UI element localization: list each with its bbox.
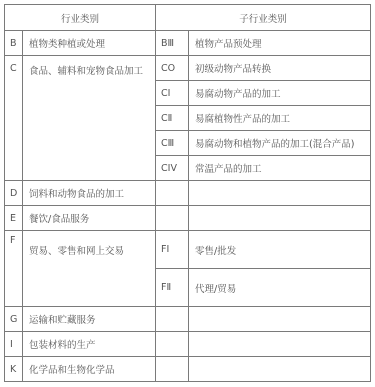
category-name: 饲料和动物食品的加工 — [23, 181, 156, 206]
table-row: F 贸易、零售和网上交易 FI 零售/批发 — [5, 231, 371, 269]
sub-category-code — [156, 206, 189, 231]
sub-category-name — [189, 206, 371, 231]
category-name: 植物类种植或处理 — [23, 31, 156, 56]
sub-category-name: 植物产品预处理 — [189, 31, 371, 56]
sub-category-name — [189, 332, 371, 357]
category-name: 包装材料的生产 — [23, 332, 156, 357]
sub-category-code: FI — [156, 231, 189, 269]
industry-category-table: 行业类别 子行业类别 B 植物类种植或处理 BⅢ 植物产品预处理 C 食品、辅料… — [4, 4, 371, 382]
category-code: C — [5, 56, 23, 181]
sub-category-code — [156, 181, 189, 206]
table-row: B 植物类种植或处理 BⅢ 植物产品预处理 — [5, 31, 371, 56]
table-row: K 化学品和生物化学品 — [5, 357, 371, 382]
sub-category-code — [156, 332, 189, 357]
table-row: C 食品、辅料和宠物食品加工 CO 初级动物产品转换 — [5, 56, 371, 81]
sub-category-name: 零售/批发 — [189, 231, 371, 269]
sub-category-name: 易腐植物性产品的加工 — [189, 106, 371, 131]
sub-category-name: 常温产品的加工 — [189, 156, 371, 181]
sub-category-code: FⅡ — [156, 269, 189, 307]
category-code: F — [5, 231, 23, 307]
sub-category-name — [189, 307, 371, 332]
category-name: 贸易、零售和网上交易 — [23, 231, 156, 307]
sub-category-name — [189, 181, 371, 206]
category-name: 化学品和生物化学品 — [23, 357, 156, 382]
sub-category-code — [156, 307, 189, 332]
sub-category-name: 代理/贸易 — [189, 269, 371, 307]
category-code: B — [5, 31, 23, 56]
sub-category-name: 易腐动物和植物产品的加工(混合产品) — [189, 131, 371, 156]
sub-category-code: CⅡ — [156, 106, 189, 131]
table-row: I 包装材料的生产 — [5, 332, 371, 357]
category-name: 餐饮/食品服务 — [23, 206, 156, 231]
sub-category-code: CI — [156, 81, 189, 106]
sub-category-name: 初级动物产品转换 — [189, 56, 371, 81]
table-row: D 饲料和动物食品的加工 — [5, 181, 371, 206]
sub-category-code: CO — [156, 56, 189, 81]
sub-category-code: CⅢ — [156, 131, 189, 156]
sub-category-name — [189, 357, 371, 382]
header-sub-industry-category: 子行业类别 — [156, 5, 371, 31]
category-code: D — [5, 181, 23, 206]
table-row: G 运输和贮藏服务 — [5, 307, 371, 332]
sub-category-code: BⅢ — [156, 31, 189, 56]
sub-category-code: CIV — [156, 156, 189, 181]
table-row: E 餐饮/食品服务 — [5, 206, 371, 231]
category-name: 食品、辅料和宠物食品加工 — [23, 56, 156, 181]
category-code: K — [5, 357, 23, 382]
header-row: 行业类别 子行业类别 — [5, 5, 371, 31]
header-industry-category: 行业类别 — [5, 5, 156, 31]
category-code: I — [5, 332, 23, 357]
sub-category-name: 易腐动物产品的加工 — [189, 81, 371, 106]
category-code: G — [5, 307, 23, 332]
category-name: 运输和贮藏服务 — [23, 307, 156, 332]
category-code: E — [5, 206, 23, 231]
sub-category-code — [156, 357, 189, 382]
